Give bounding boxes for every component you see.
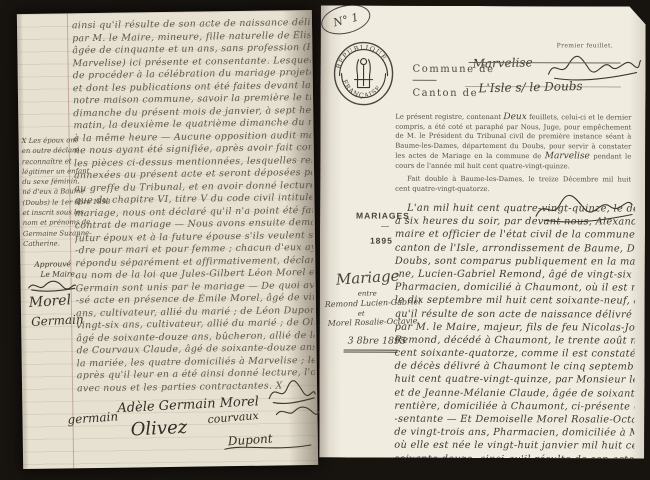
right-page: Premier feuillet. RÉPUBLIQUE FRANÇAISE C… [319, 5, 646, 458]
handwritten-line: Pharmacien, domicilié à Chaumont, où il … [395, 282, 635, 296]
handwritten-line: huit cent quatre-vingt-quinze, par Monsi… [394, 374, 634, 388]
margin-year: 1895 [370, 236, 393, 246]
margin-et: et [358, 310, 365, 318]
margin-note-line: Catherine. [23, 238, 73, 249]
margin-note-line: Germaine Suzanne- [23, 228, 73, 239]
margin-note-line: légitimer un enfant [22, 166, 72, 177]
stamp-text-bottom: FRANÇAISE [340, 78, 383, 100]
handwritten-line: par M. le Maire, majeur, fils de feu Nic… [395, 321, 635, 335]
handwritten-line: Doubs, sont comparus publiquement en la … [395, 255, 635, 269]
handwritten-line: où elle est née le vingt-huit janvier mi… [394, 440, 634, 454]
handwritten-line: de décès délivré à Chaumont le cinq sept… [395, 361, 635, 375]
preamble-commune-value: Marvelise [545, 151, 590, 161]
margin-signature-germain: Germain [31, 312, 84, 329]
margin-dash: — [381, 222, 389, 231]
handwritten-line: de vingt-trois ans, Pharmacien, domicili… [394, 427, 634, 441]
commune-underline-tick [413, 80, 437, 81]
sheet-number-label: Premier feuillet. [557, 42, 613, 49]
signature-mayor-flourish [223, 442, 313, 453]
margin-legitimation-note: X Les époux onten outre déclaréreconnaît… [22, 135, 74, 249]
margin-note-line: (Doubs) le 1er 8bre 1893 [22, 197, 72, 208]
register-preamble: Le présent registre, contenant Deux feui… [395, 113, 631, 172]
margin-note-line: en outre déclaré [22, 146, 72, 157]
right-page-act-text: L'an mil huit cent quatre-vingt-quinze, … [394, 203, 635, 468]
signature-olivez: Olivez [130, 417, 188, 441]
signature-courvaux: courvaux [207, 409, 259, 426]
signature-germain: germain [67, 409, 118, 426]
handwritten-line: -sentante — Et Demoiselle Morel Rosalie-… [394, 414, 634, 428]
handwritten-line: maire et officier de l'état civil de la … [395, 229, 635, 243]
handwritten-line: cent soixante-quatorze, comme il est con… [395, 348, 635, 362]
act-number-badge: N° 1 [318, 0, 373, 39]
margin-act-title: Mariage [335, 267, 400, 289]
handwritten-line: canton de l'Isle, arrondissement de Baum… [395, 242, 635, 256]
margin-note-line: et inscrit sous les [23, 207, 73, 218]
canton-label: Canton de [412, 88, 478, 99]
handwritten-line: rentière, domiciliée à Chaumont, ci-prés… [394, 401, 634, 415]
margin-note-line: nom et prénoms de [23, 218, 73, 229]
margin-entre: entre [358, 290, 377, 298]
margin-date-underline [344, 350, 398, 353]
svg-text:FRANÇAISE: FRANÇAISE [340, 78, 383, 100]
left-page-act-text: ainsi qu'il résulte de son acte de naiss… [72, 17, 315, 395]
handwritten-line: L'an mil huit cent quatre-vingt-quinze, … [395, 203, 635, 217]
handwritten-line: et de Jeanne-Mélanie Claude, âgée de soi… [394, 387, 634, 401]
republique-francaise-stamp-icon: RÉPUBLIQUE FRANÇAISE [330, 39, 396, 107]
margin-note-line: né d'eux à Baume [22, 187, 72, 198]
left-page: ainsi qu'il résulte de son acte de naiss… [17, 10, 318, 469]
margin-signature-morel: Morel [28, 292, 71, 311]
handwritten-line: soixante-douze, ainsi qu'il résulte de s… [394, 453, 634, 467]
margin-note-line: X Les époux ont [22, 135, 72, 146]
handwritten-line: à six heures du soir, par devant nous, A… [395, 216, 635, 230]
signature-flourish-2 [274, 402, 320, 421]
margin-note-line: du sexe féminin, [22, 177, 72, 188]
margin-approved-label: Approuvé [34, 259, 71, 269]
handwritten-line: Remond, décédé à Chaumont, le trente aoû… [395, 335, 635, 349]
margin-note-line: reconnaître et [22, 156, 72, 167]
folios-count-value: Deux [503, 112, 526, 122]
handwritten-line: qu'il résulte de son acte de naissance d… [395, 308, 635, 322]
register-scan: ainsi qu'il résulte de son acte de naiss… [0, 0, 650, 480]
preamble-part1: Le présent registre, contenant [395, 113, 501, 121]
handwritten-line: le dix septembre mil huit cent soixante-… [395, 295, 635, 309]
handwritten-line: -ne, Lucien-Gabriel Remond, âgé de vingt… [395, 269, 635, 283]
